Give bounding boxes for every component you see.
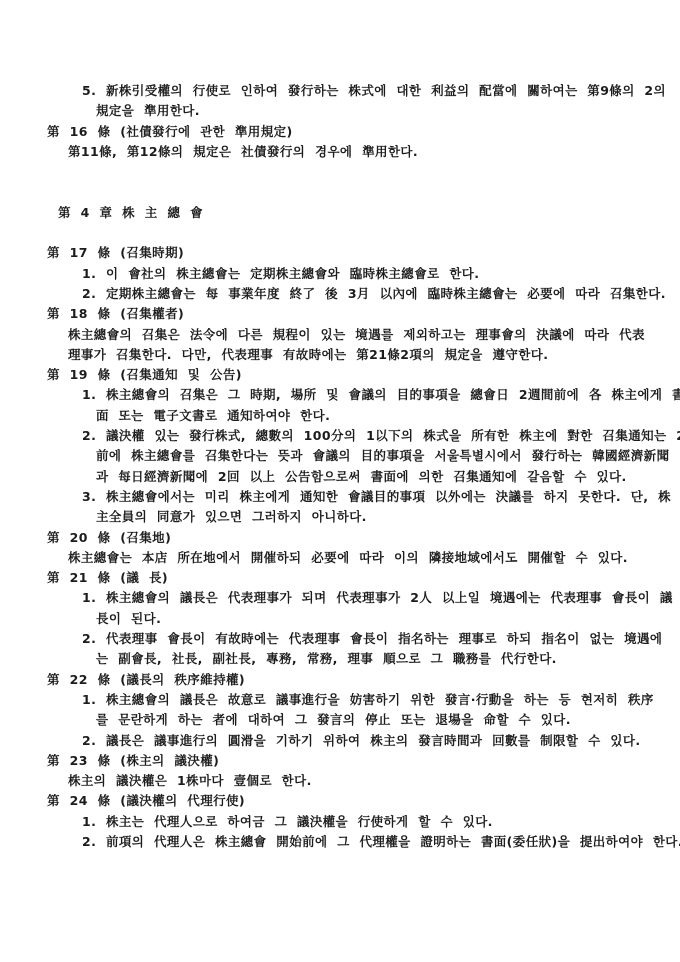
clause-line: 株主總會는 本店 所在地에서 開催하되 必要에 따라 이의 隣接地域에서도 開催… — [47, 548, 637, 568]
clause-line: 1. 株主總會의 召集은 그 時期, 場所 및 會議의 目的事項을 總會日 2週… — [47, 385, 637, 405]
clause-line: 2. 前項의 代理人은 株主總會 開始前에 그 代理權을 證明하는 書面(委任狀… — [47, 832, 637, 852]
clause-line: 1. 株主總會의 議長은 代表理事가 되며 代表理事가 2人 以上일 境遇에는 … — [47, 588, 637, 608]
clause-line: 3. 株主總會에서는 미리 株主에게 通知한 會議目的事項 以外에는 決議를 하… — [47, 487, 637, 507]
article-24-header: 第 24 條 (議決權의 代理行使) — [47, 791, 637, 811]
clause-line: 과 每日經濟新聞에 2回 以上 公告함으로써 書面에 의한 召集通知에 갈음할 … — [47, 467, 637, 487]
clause-line: 株主의 議決權은 1株마다 壹個로 한다. — [47, 771, 637, 791]
article-22-header: 第 22 條 (議長의 秩序維持權) — [47, 670, 637, 690]
clause-line: 株主總會의 召集은 法令에 다른 規程이 있는 境遇를 제외하고는 理事會의 決… — [47, 325, 637, 345]
chapter-4-heading: 第 4 章 株 主 總 會 — [47, 203, 637, 223]
clause-line: 1. 株主는 代理人으로 하여금 그 議決權을 行使하게 할 수 있다. — [47, 812, 637, 832]
clause-line: 規定을 準用한다. — [47, 101, 637, 121]
article-23-header: 第 23 條 (株主의 議決權) — [47, 751, 637, 771]
clause-line: 主全員의 同意가 있으면 그러하지 아니하다. — [47, 507, 637, 527]
article-20-header: 第 20 條 (召集地) — [47, 528, 637, 548]
clause-line: 2. 議長은 議事進行의 圓滑을 기하기 위하여 株主의 發言時間과 回數를 制… — [47, 731, 637, 751]
clause-line: 第11條, 第12條의 規定은 社債發行의 경우에 準用한다. — [47, 142, 637, 162]
article-16-header: 第 16 條 (社債發行에 관한 準用規定) — [47, 122, 637, 142]
clause-line: 를 문란하게 하는 者에 대하여 그 發言의 停止 또는 退場을 命할 수 있다… — [47, 710, 637, 730]
article-21-header: 第 21 條 (議 長) — [47, 568, 637, 588]
clause-line: 1. 이 會社의 株主總會는 定期株主總會와 臨時株主總會로 한다. — [47, 264, 637, 284]
article-18-header: 第 18 條 (召集權者) — [47, 304, 637, 324]
clause-line: 2. 定期株主總會는 每 事業年度 終了 後 3月 以內에 臨時株主總會는 必要… — [47, 284, 637, 304]
clause-line: 는 副會長, 社長, 副社長, 專務, 常務, 理事 順으로 그 職務를 代行한… — [47, 649, 637, 669]
clause-line: 長이 된다. — [47, 609, 637, 629]
clause-line: 面 또는 電子文書로 通知하여야 한다. — [47, 406, 637, 426]
article-17-header: 第 17 條 (召集時期) — [47, 243, 637, 263]
document-page: 5. 新株引受權의 行使로 인하여 發行하는 株式에 대한 利益의 配當에 關하… — [0, 0, 680, 962]
clause-line: 理事가 召集한다. 다만, 代表理事 有故時에는 第21條2項의 規定을 遵守한… — [47, 345, 637, 365]
clause-line: 前에 株主總會를 召集한다는 뜻과 會議의 目的事項을 서울특별시에서 發行하는… — [47, 446, 637, 466]
clause-line: 1. 株主總會의 議長은 故意로 議事進行을 妨害하기 위한 發言·行動을 하는… — [47, 690, 637, 710]
clause-line: 2. 議決權 있는 發行株式, 總數의 100分의 1以下의 株式을 所有한 株… — [47, 426, 637, 446]
article-19-header: 第 19 條 (召集通知 및 公告) — [47, 365, 637, 385]
clause-line: 2. 代表理事 會長이 有故時에는 代表理事 會長이 指名하는 理事로 하되 指… — [47, 629, 637, 649]
clause-line: 5. 新株引受權의 行使로 인하여 發行하는 株式에 대한 利益의 配當에 關하… — [47, 81, 637, 101]
document-body: 5. 新株引受權의 行使로 인하여 發行하는 株式에 대한 利益의 配當에 關하… — [47, 81, 637, 852]
